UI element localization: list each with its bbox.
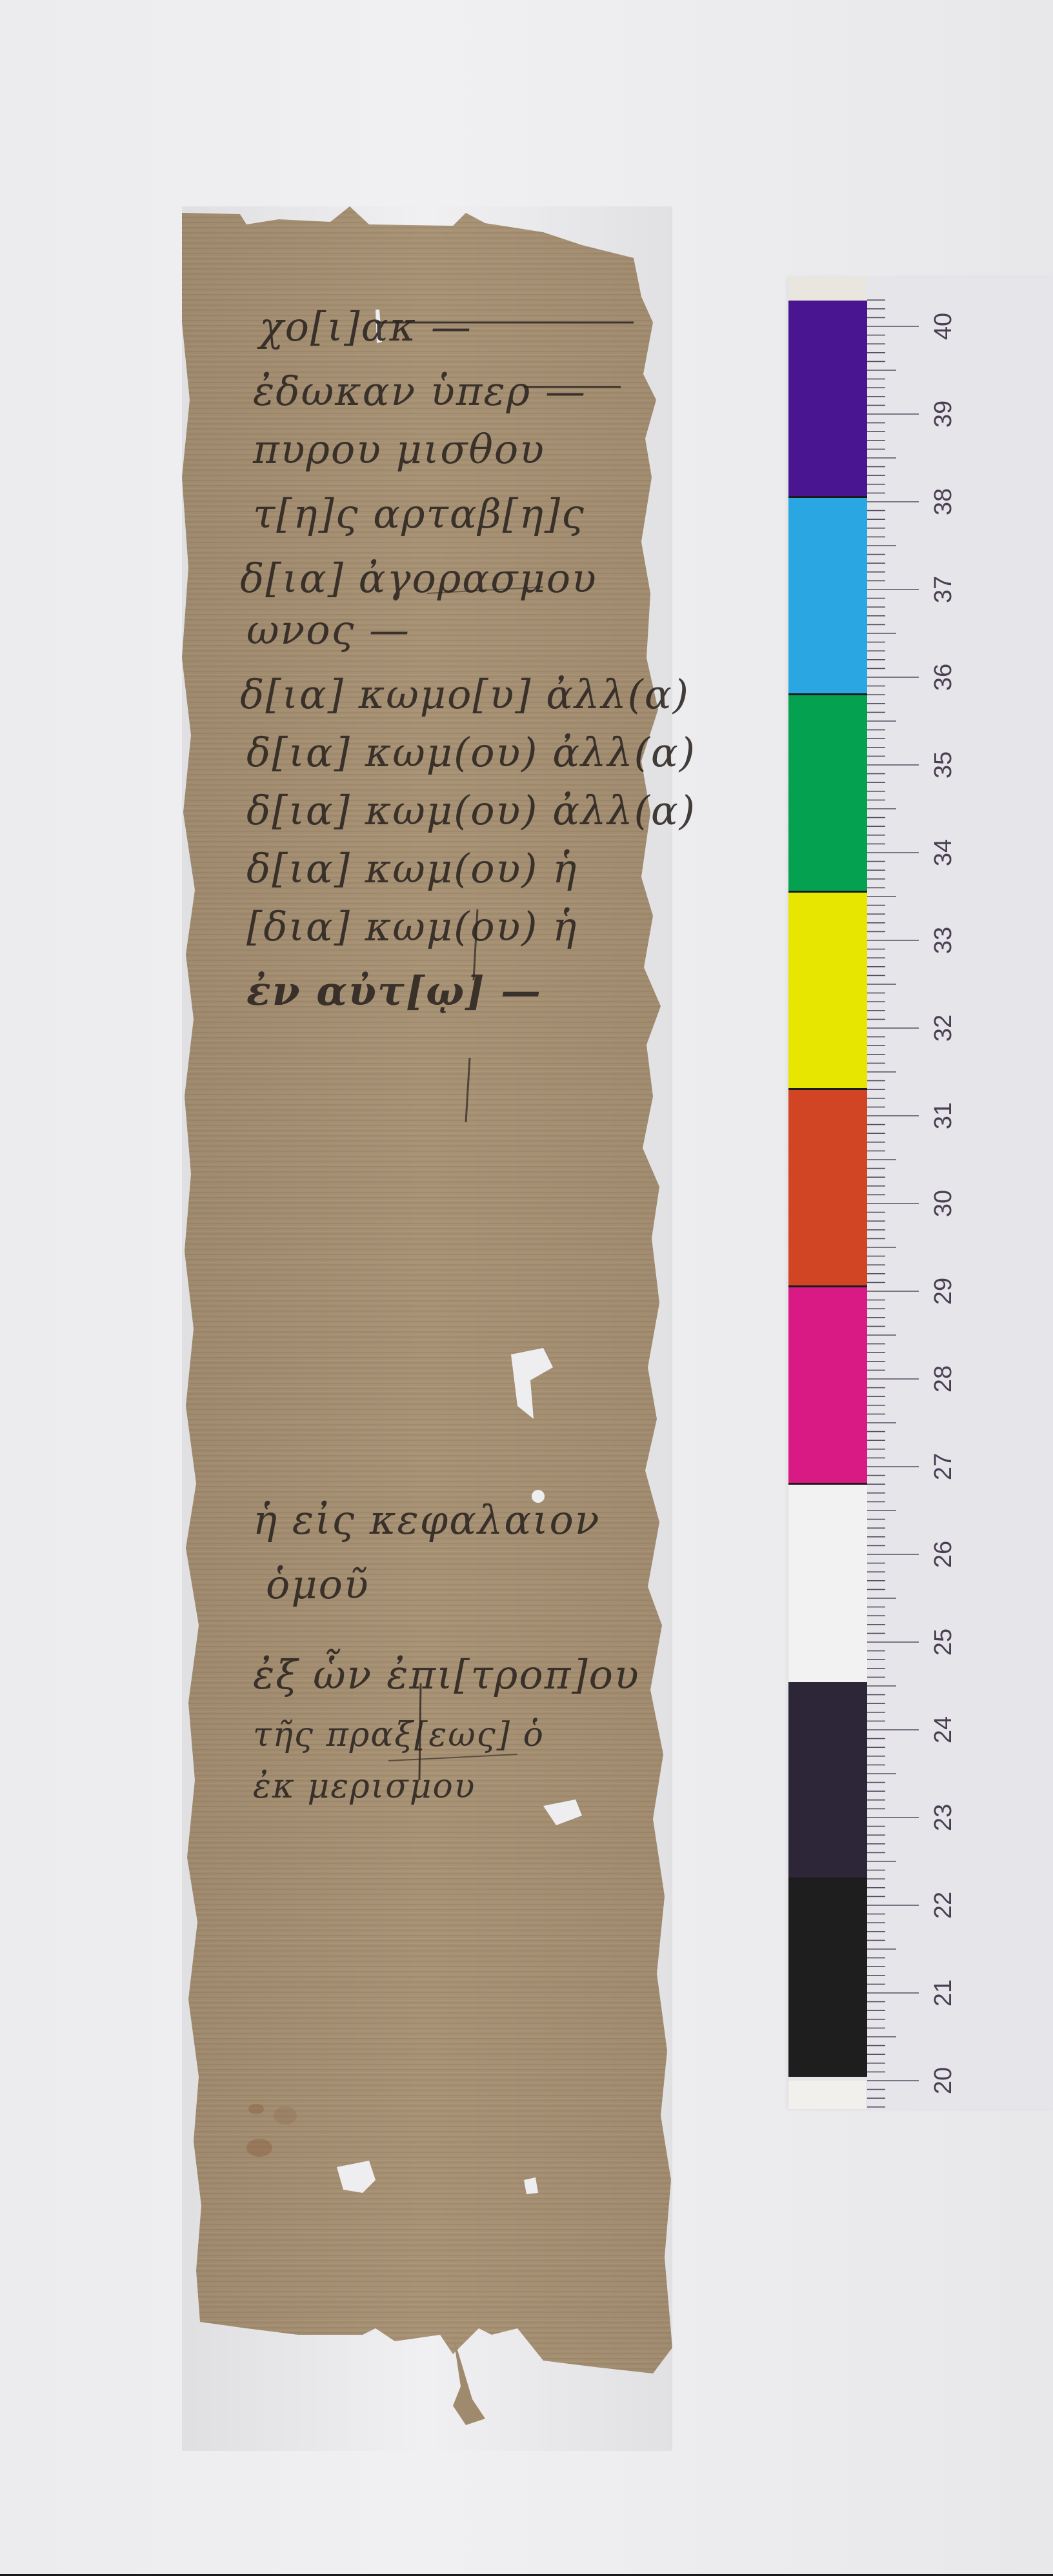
- scale-label-26: 26: [930, 1529, 956, 1580]
- papyrus-text-line: ωνος —: [246, 606, 410, 653]
- papyrus-text-line: δ[ια] κωμ(ου) ἀλλ(α): [246, 787, 696, 834]
- scale-label-22: 22: [930, 1879, 956, 1931]
- scale-label-28: 28: [930, 1353, 956, 1405]
- scale-label-37: 37: [930, 564, 956, 615]
- papyrus-text-line: ὁμοῦ: [266, 1561, 370, 1608]
- papyrus-text-line: χο[ι]ακ —: [259, 303, 472, 350]
- scale-label-21: 21: [930, 1967, 956, 2019]
- scale-label-20: 20: [930, 2055, 956, 2106]
- scale-label-25: 25: [930, 1616, 956, 1668]
- scale-label-32: 32: [930, 1002, 956, 1054]
- papyrus-text-line: πυρου μισθου: [253, 426, 545, 473]
- papyrus-text-line: τῆς πραξ[εως] ὁ: [253, 1716, 545, 1754]
- scale-paper-edge: [788, 2081, 866, 2109]
- scale-label-34: 34: [930, 827, 956, 878]
- papyrus-text-line: δ[ια] ἀγορασμου: [240, 555, 597, 602]
- papyrus-text-line: τ[η]ς αρταβ[η]ς: [253, 490, 585, 537]
- color-patch-red-orange: [788, 1090, 867, 1287]
- scale-label-35: 35: [930, 739, 956, 791]
- scale-label-33: 33: [930, 915, 956, 966]
- color-patch-black: [788, 1879, 867, 2077]
- scale-label-30: 30: [930, 1178, 956, 1229]
- papyrus-text-line: ἡ εἰς κεφαλαιον: [253, 1496, 601, 1543]
- scale-label-38: 38: [930, 476, 956, 528]
- papyrus-text-line: ἐκ μερισμου: [253, 1767, 476, 1806]
- papyrus-text-line: ἐξ ὧν ἐπι[τροπ]ου: [253, 1651, 640, 1698]
- color-patch-magenta: [788, 1287, 867, 1485]
- scale-label-36: 36: [930, 651, 956, 703]
- papyrus-text-line: δ[ια] κωμο[υ] ἀλλ(α): [240, 671, 690, 718]
- papyrus-text-line: [δια] κωμ(ου) ἡ: [246, 903, 577, 950]
- color-scale-card: 40 39 38 37 36 35 34 33 32 31 30 29 28 2…: [788, 277, 1053, 2109]
- papyrus-text-line: δ[ια] κωμ(ου) ἀλλ(α): [246, 729, 696, 776]
- color-patch-green: [788, 695, 867, 893]
- color-patch-purple: [788, 301, 867, 498]
- color-patch-white: [788, 1485, 867, 1682]
- scale-label-24: 24: [930, 1704, 956, 1756]
- papyrus-text-line: ἐν αὐτ[ῳ] —: [246, 967, 542, 1015]
- papyrus-text-line: δ[ια] κωμ(ου) ἡ: [246, 845, 577, 892]
- color-patch-dark-gray: [788, 1682, 867, 1879]
- scale-label-27: 27: [930, 1441, 956, 1492]
- scale-ticks: [867, 277, 932, 2109]
- scale-label-29: 29: [930, 1265, 956, 1317]
- scale-paper-edge: [788, 277, 866, 301]
- color-patch-cyan: [788, 498, 867, 695]
- scale-label-40: 40: [930, 301, 956, 352]
- papyrus-shape: [182, 206, 672, 2451]
- papyrus-text-line: ἐδωκαν ὑπερ —: [253, 368, 587, 415]
- scale-label-23: 23: [930, 1792, 956, 1843]
- scale-label-39: 39: [930, 388, 956, 440]
- color-patch-yellow: [788, 893, 867, 1090]
- papyrus-fragment: χο[ι]ακ — ἐδωκαν ὑπερ — πυρου μισθου τ[η…: [182, 206, 672, 2451]
- scale-label-31: 31: [930, 1090, 956, 1142]
